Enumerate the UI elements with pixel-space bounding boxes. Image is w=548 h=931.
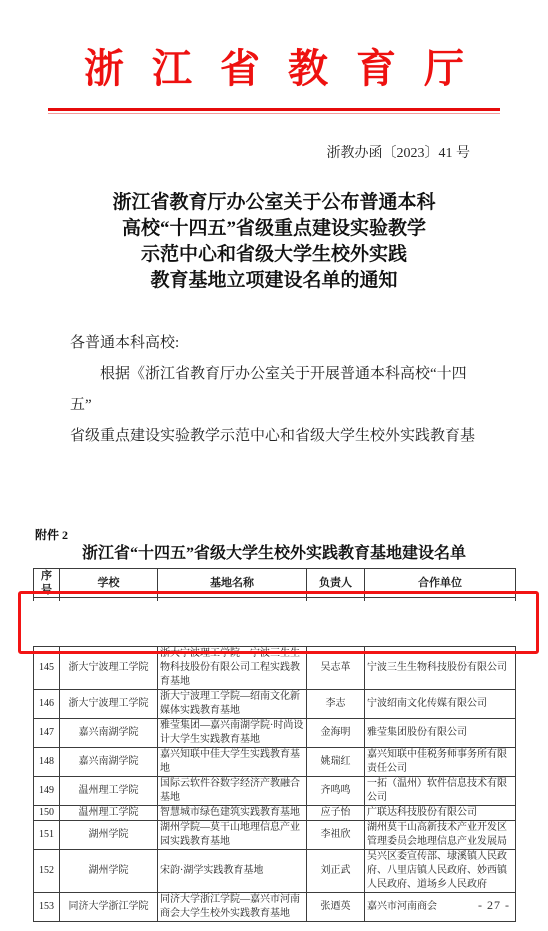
- leader-cell: 李志: [307, 690, 365, 719]
- table-row: 147 嘉兴南湖学院 雅莹集团—嘉兴南湖学院·时尚设计大学生实践教育基地 金海明…: [34, 719, 516, 748]
- table-row: 149 温州理工学院 国际云软件谷数字经济产教融合基地 齐鸣鸣 一拓（温州）软件…: [34, 777, 516, 806]
- table-row: 151 湖州学院 湖州学院—莫干山地理信息产业园实践教育基地 李祖欣 湖州莫干山…: [34, 821, 516, 850]
- base-name-cell: 浙大宁波理工学院—绍南文化新媒体实践教育基地: [158, 690, 307, 719]
- row-number-cell: 151: [34, 821, 60, 850]
- bases-table-header: 序号 学校 基地名称 负责人 合作单位: [33, 568, 516, 601]
- table-row: 148 嘉兴南湖学院 嘉兴知联中佳大学生实践教育基地 姚瑞红 嘉兴知联中佳税务师…: [34, 748, 516, 777]
- rule-thin-line: [48, 113, 500, 114]
- base-name-cell: 同济大学浙江学院—嘉兴市河南商会大学生校外实践教育基地: [158, 893, 307, 922]
- school-cell: 湖州学院: [60, 821, 158, 850]
- bases-table-body: 145 浙大宁波理工学院 浙大宁波理工学院—宁波三生生物科技股份有限公司工程实践…: [34, 647, 516, 922]
- leader-cell: 金海明: [307, 719, 365, 748]
- document-number: 浙教办函〔2023〕41 号: [0, 144, 548, 164]
- leader-cell: 齐鸣鸣: [307, 777, 365, 806]
- partner-cell: 吴兴区委宣传部、埭溪镇人民政府、八里店镇人民政府、妙西镇人民政府、道场乡人民政府: [365, 850, 516, 893]
- notice-title-line-4: 教育基地立项建设名单的通知: [0, 268, 548, 294]
- partner-cell: 嘉兴知联中佳税务师事务所有限责任公司: [365, 748, 516, 777]
- leader-cell: 张迺英: [307, 893, 365, 922]
- row-number-cell: 149: [34, 777, 60, 806]
- base-name-cell: 智慧城市绿色建筑实践教育基地: [158, 806, 307, 821]
- school-cell: 嘉兴南湖学院: [60, 748, 158, 777]
- school-cell: 温州理工学院: [60, 806, 158, 821]
- partner-cell: 湖州莫干山高新技术产业开发区管理委员会地理信息产业发展局: [365, 821, 516, 850]
- row-number-cell: 147: [34, 719, 60, 748]
- partner-cell: 雅莹集团股份有限公司: [365, 719, 516, 748]
- paragraph-line-1: 根据《浙江省教育厅办公室关于开展普通本科高校“十四五”: [70, 359, 482, 421]
- header-base: 基地名称: [158, 569, 307, 598]
- partner-cell: 宁波三生生物科技股份有限公司: [365, 647, 516, 690]
- table-title: 浙江省“十四五”省级大学生校外实践教育基地建设名单: [0, 543, 548, 565]
- salutation: 各普通本科高校:: [70, 328, 482, 359]
- paragraph-line-2: 省级重点建设实验教学示范中心和省级大学生校外实践教育基: [70, 421, 482, 452]
- leader-cell: 吴志革: [307, 647, 365, 690]
- letterhead-title: 浙 江 省 教 育 厅: [0, 44, 548, 94]
- table-header-row: 序号 学校 基地名称 负责人 合作单位: [34, 569, 516, 598]
- row-number-cell: 146: [34, 690, 60, 719]
- leader-cell: 应子怡: [307, 806, 365, 821]
- body-text: 各普通本科高校: 根据《浙江省教育厅办公室关于开展普通本科高校“十四五” 省级重…: [70, 328, 482, 452]
- base-name-cell: 国际云软件谷数字经济产教融合基地: [158, 777, 307, 806]
- table-header-clipped-section: 序号 学校 基地名称 负责人 合作单位: [0, 568, 548, 601]
- table-row: 145 浙大宁波理工学院 浙大宁波理工学院—宁波三生生物科技股份有限公司工程实践…: [34, 647, 516, 690]
- row-number-cell: 150: [34, 806, 60, 821]
- table-row: 150 温州理工学院 智慧城市绿色建筑实践教育基地 应子怡 广联达科技股份有限公…: [34, 806, 516, 821]
- document-page: 浙 江 省 教 育 厅 浙教办函〔2023〕41 号 浙江省教育厅办公室关于公布…: [0, 0, 548, 931]
- notice-title-line-2: 高校“十四五”省级重点建设实验教学: [0, 216, 548, 242]
- row-number-cell: 145: [34, 647, 60, 690]
- row-number-cell: 152: [34, 850, 60, 893]
- header-school: 学校: [60, 569, 158, 598]
- notice-title-line-3: 示范中心和省级大学生校外实践: [0, 242, 548, 268]
- partner-cell: 广联达科技股份有限公司: [365, 806, 516, 821]
- school-cell: 嘉兴南湖学院: [60, 719, 158, 748]
- base-name-cell: 宋韵·湖学实践教育基地: [158, 850, 307, 893]
- table-row: 152 湖州学院 宋韵·湖学实践教育基地 刘正武 吴兴区委宣传部、埭溪镇人民政府…: [34, 850, 516, 893]
- school-cell: 湖州学院: [60, 850, 158, 893]
- table-row: 146 浙大宁波理工学院 浙大宁波理工学院—绍南文化新媒体实践教育基地 李志 宁…: [34, 690, 516, 719]
- bases-table: 145 浙大宁波理工学院 浙大宁波理工学院—宁波三生生物科技股份有限公司工程实践…: [33, 646, 516, 922]
- notice-title-line-1: 浙江省教育厅办公室关于公布普通本科: [0, 190, 548, 216]
- school-cell: 温州理工学院: [60, 777, 158, 806]
- notice-title: 浙江省教育厅办公室关于公布普通本科 高校“十四五”省级重点建设实验教学 示范中心…: [0, 190, 548, 294]
- partner-cell: 一拓（温州）软件信息技术有限公司: [365, 777, 516, 806]
- partner-cell: 宁波绍南文化传媒有限公司: [365, 690, 516, 719]
- base-name-cell: 浙大宁波理工学院—宁波三生生物科技股份有限公司工程实践教育基地: [158, 647, 307, 690]
- row-number-cell: 148: [34, 748, 60, 777]
- page-number: - 27 -: [478, 898, 510, 913]
- letterhead-rule: [48, 108, 500, 114]
- clipped-row-fragment: [34, 598, 516, 602]
- attachment-label: 附件 2: [35, 527, 548, 543]
- base-name-cell: 嘉兴知联中佳大学生实践教育基地: [158, 748, 307, 777]
- header-num: 序号: [34, 569, 60, 598]
- base-name-cell: 湖州学院—莫干山地理信息产业园实践教育基地: [158, 821, 307, 850]
- leader-cell: 刘正武: [307, 850, 365, 893]
- school-cell: 浙大宁波理工学院: [60, 690, 158, 719]
- header-leader: 负责人: [307, 569, 365, 598]
- header-partner: 合作单位: [365, 569, 516, 598]
- base-name-cell: 雅莹集团—嘉兴南湖学院·时尚设计大学生实践教育基地: [158, 719, 307, 748]
- leader-cell: 李祖欣: [307, 821, 365, 850]
- leader-cell: 姚瑞红: [307, 748, 365, 777]
- table-row: 153 同济大学浙江学院 同济大学浙江学院—嘉兴市河南商会大学生校外实践教育基地…: [34, 893, 516, 922]
- rule-thick-line: [48, 108, 500, 111]
- school-cell: 同济大学浙江学院: [60, 893, 158, 922]
- row-number-cell: 153: [34, 893, 60, 922]
- school-cell: 浙大宁波理工学院: [60, 647, 158, 690]
